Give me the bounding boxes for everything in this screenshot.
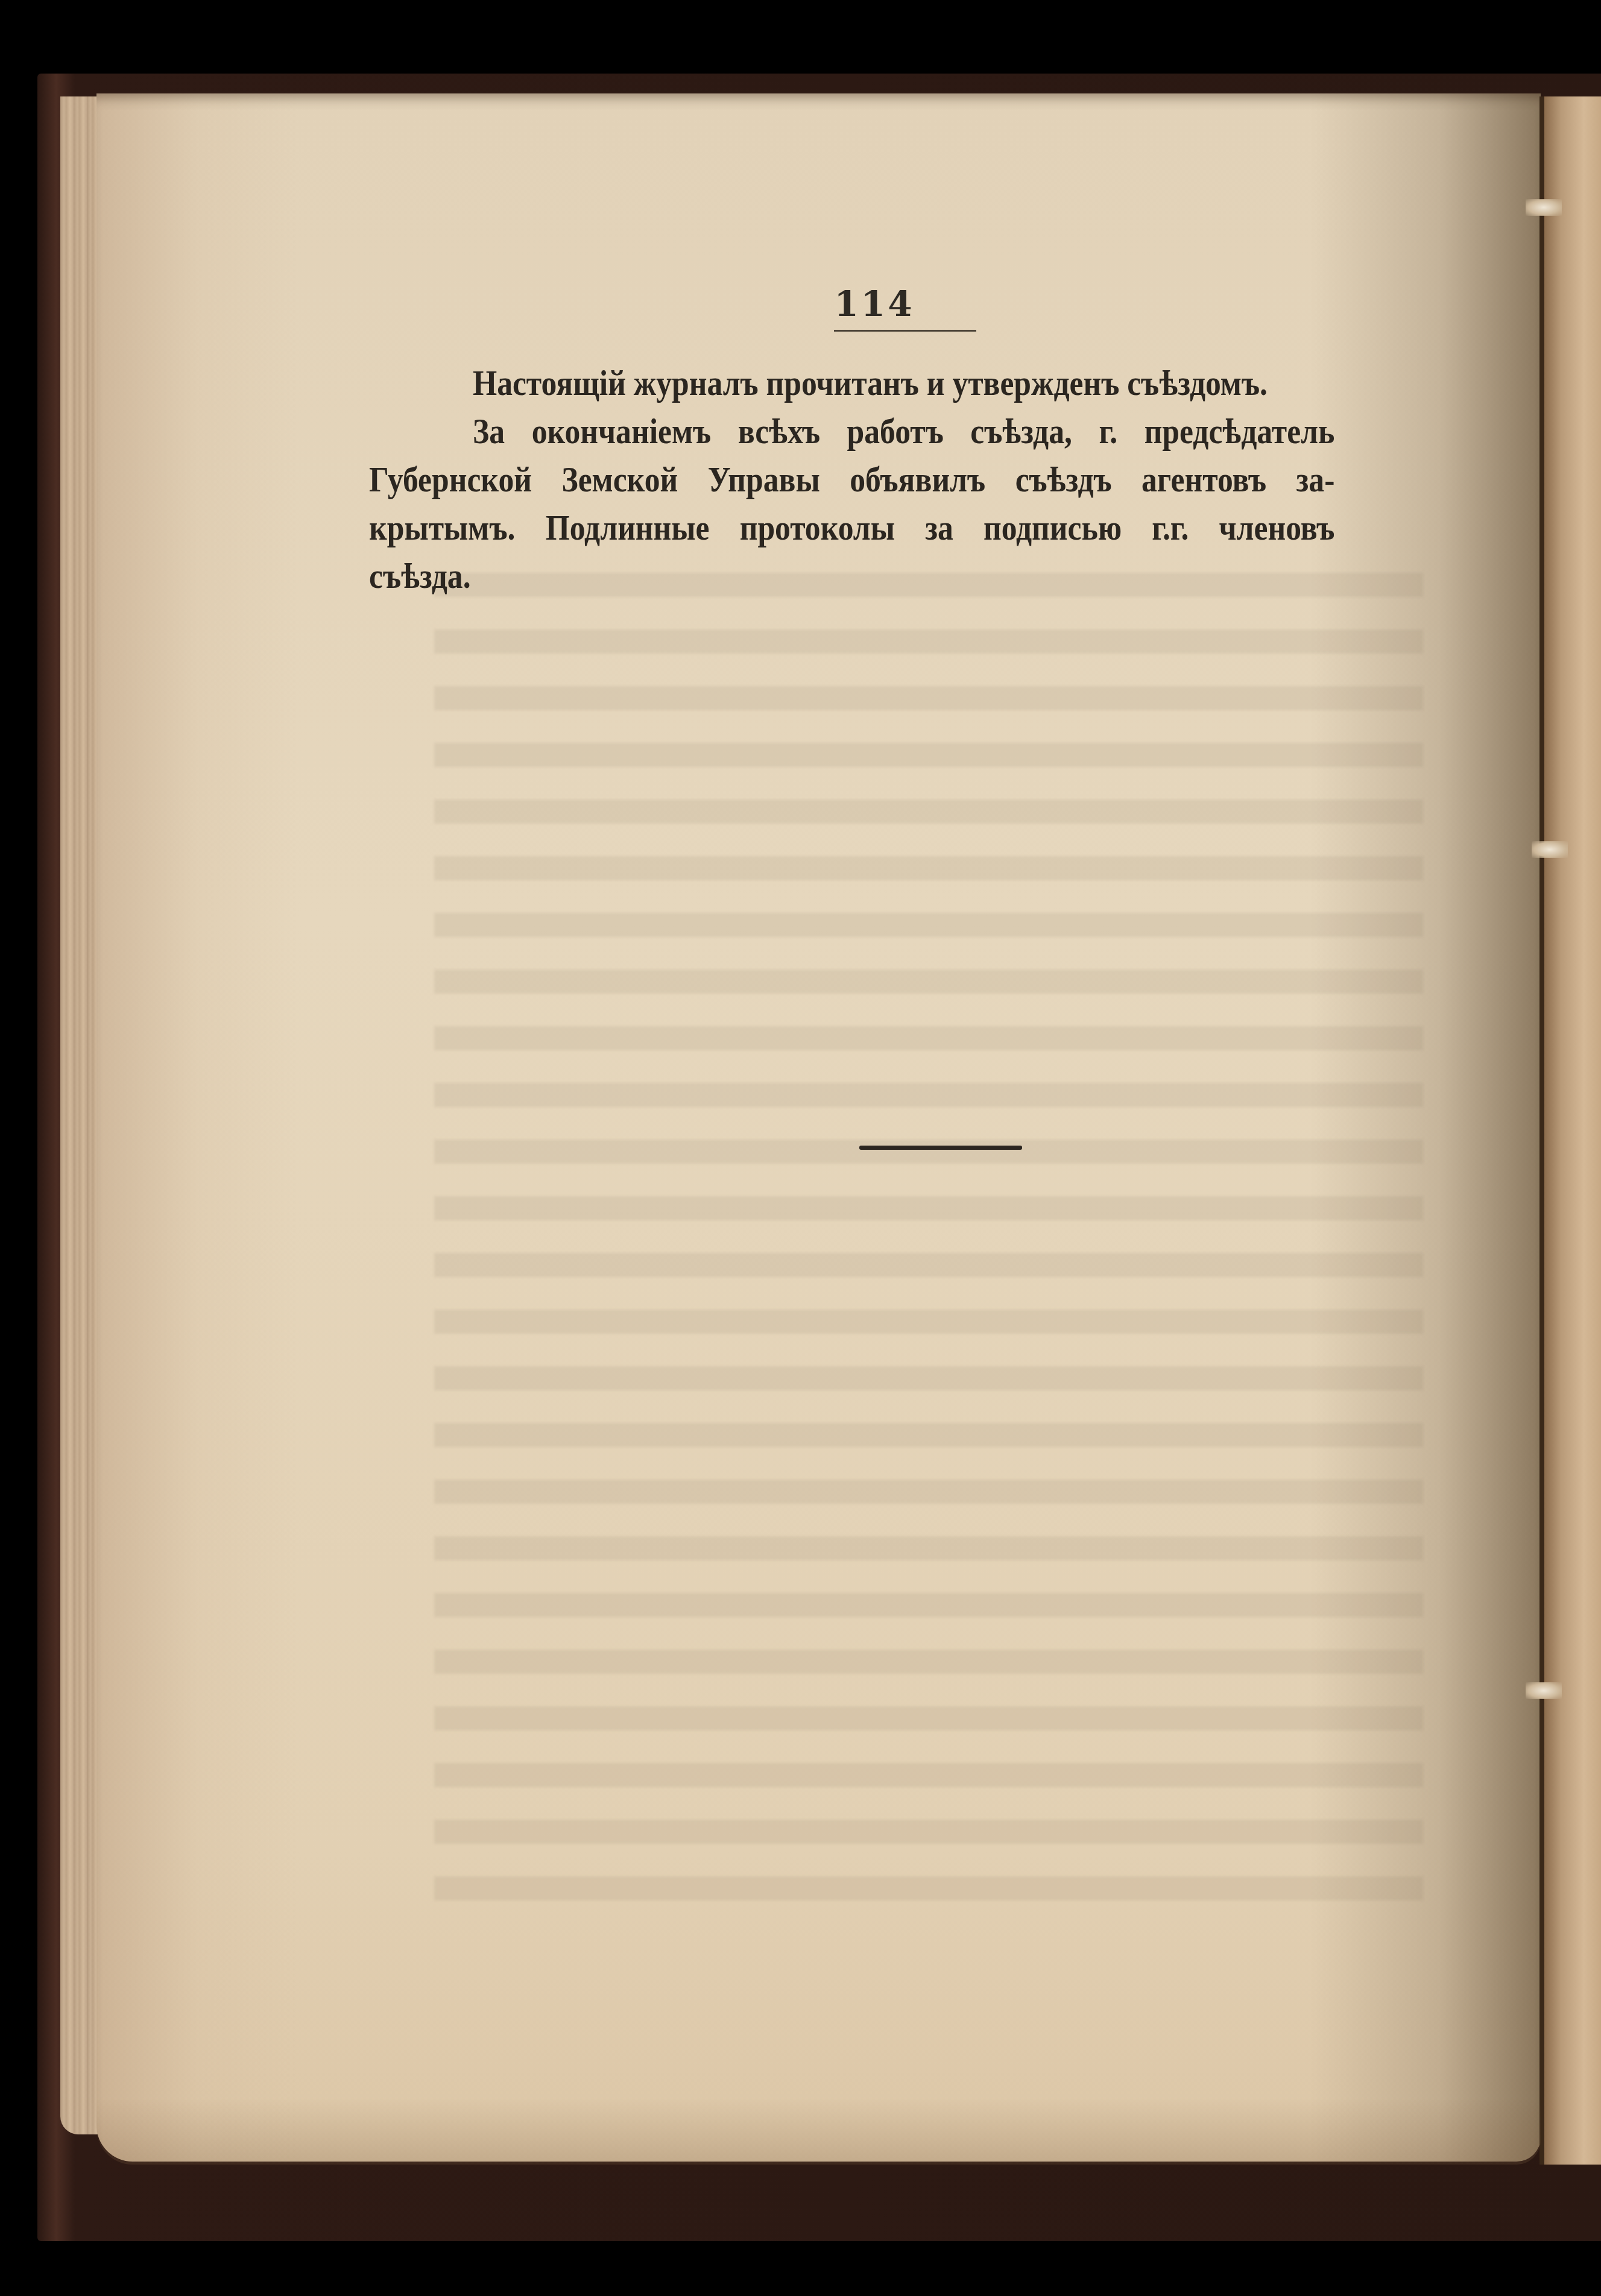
body-text: Настоящій журналъ прочитанъ и утвержденъ… xyxy=(369,359,1334,600)
section-divider-rule xyxy=(859,1146,1022,1150)
page-bottom-shadow xyxy=(96,2098,1541,2165)
page-tab-mark xyxy=(1526,1682,1562,1699)
page-gutter xyxy=(1539,96,1544,2165)
page-tab-mark xyxy=(1532,841,1568,858)
page-tab-mark xyxy=(1526,199,1562,216)
text-line: крытымъ. Подлинные протоколы за подписью… xyxy=(369,503,1334,552)
header-rule xyxy=(834,330,976,332)
text-line: Настоящій журналъ прочитанъ и утвержденъ… xyxy=(369,359,1334,407)
facing-page-edge xyxy=(1544,96,1601,2165)
text-line: Губернской Земской Управы объявилъ съѣзд… xyxy=(369,455,1334,503)
page-number: 114 xyxy=(693,283,1055,324)
show-through-text xyxy=(434,555,1423,1917)
text-line: съѣзда. xyxy=(369,552,1334,600)
text-line: За окончаніемъ всѣхъ работъ съѣзда, г. п… xyxy=(369,407,1334,455)
